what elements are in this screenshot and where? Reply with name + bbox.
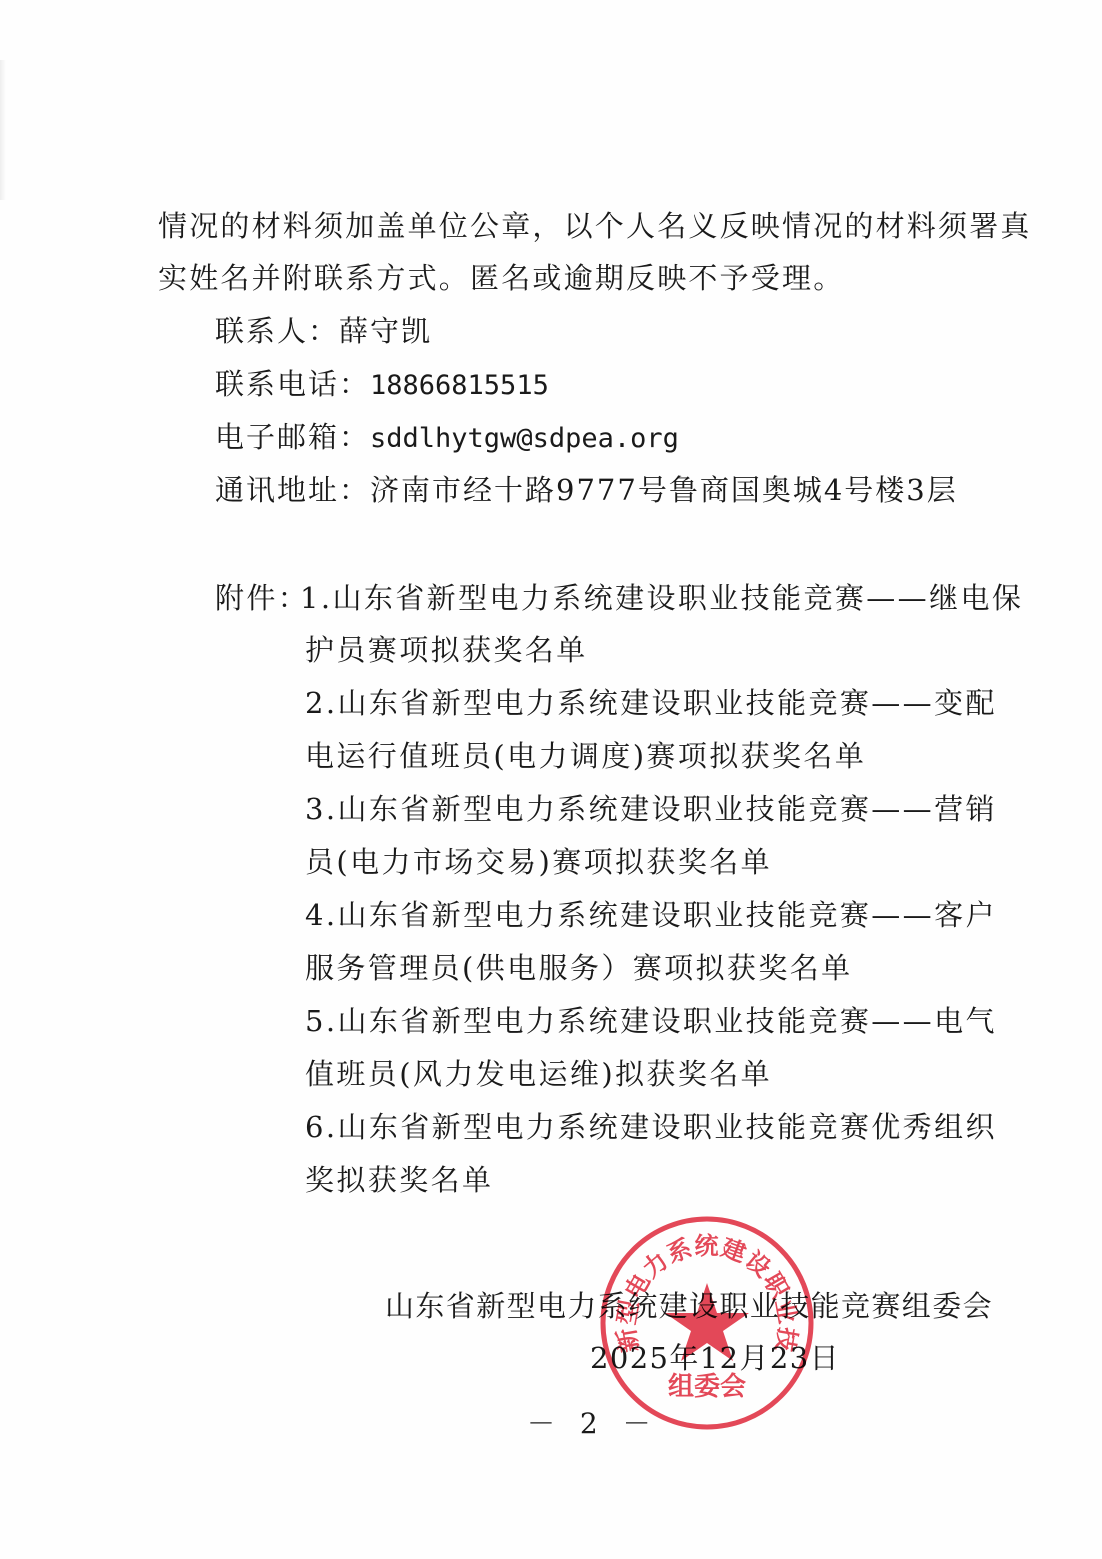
contact-address-value: 济南市经十路9777号鲁商国奥城4号楼3层 (370, 473, 958, 507)
attachment-item-5-line1: 5.山东省新型电力系统建设职业技能竞赛——电气 (305, 1003, 997, 1039)
body-line: 情况的材料须加盖单位公章，以个人名义反映情况的材料须署真 (158, 208, 1032, 244)
attachment-item-3-line2: 员(电力市场交易)赛项拟获奖名单 (305, 844, 772, 880)
attachment-item-4-line1: 4.山东省新型电力系统建设职业技能竞赛——客户 (305, 897, 997, 933)
contact-address-label: 通讯地址： (215, 473, 370, 507)
contact-email-label: 电子邮箱： (215, 420, 370, 454)
attachments-label: 附件： (215, 580, 309, 616)
attachment-item-3-line1: 3.山东省新型电力系统建设职业技能竞赛——营销 (305, 791, 997, 827)
attachment-item-1-line1: 1.山东省新型电力系统建设职业技能竞赛——继电保 (300, 580, 1023, 616)
contact-phone-value: 18866815515 (370, 370, 549, 401)
document-page: 情况的材料须加盖单位公章，以个人名义反映情况的材料须署真 实姓名并附联系方式。匿… (0, 0, 1102, 1559)
attachment-item-6-line2: 奖拟获奖名单 (305, 1162, 493, 1198)
contact-email-value: sddlhytgw@sdpea.org (370, 423, 679, 454)
contact-email: 电子邮箱：sddlhytgw@sdpea.org (215, 419, 679, 457)
page-number: － 2 － (527, 1402, 659, 1442)
contact-person-value: 薛守凯 (339, 314, 432, 348)
attachment-item-4-line2: 服务管理员(供电服务）赛项拟获奖名单 (305, 950, 853, 986)
contact-phone-label: 联系电话： (215, 367, 370, 401)
seal-center-text: 组委会 (668, 1372, 746, 1402)
body-line: 实姓名并附联系方式。匿名或逾期反映不予受理。 (158, 260, 844, 296)
contact-person-label: 联系人： (215, 314, 339, 348)
attachment-item-2-line2: 电运行值班员(电力调度)赛项拟获奖名单 (305, 738, 866, 774)
attachment-item-6-line1: 6.山东省新型电力系统建设职业技能竞赛优秀组织 (305, 1109, 997, 1145)
official-seal-icon: 山东省新型电力系统建设职业技能竞赛 组委会 (597, 1213, 817, 1433)
contact-phone: 联系电话：18866815515 (215, 366, 549, 404)
contact-person: 联系人：薛守凯 (215, 313, 432, 349)
scan-edge-shadow (0, 60, 6, 200)
contact-address: 通讯地址：济南市经十路9777号鲁商国奥城4号楼3层 (215, 472, 958, 508)
attachment-item-5-line2: 值班员(风力发电运维)拟获奖名单 (305, 1056, 772, 1092)
attachment-item-2-line1: 2.山东省新型电力系统建设职业技能竞赛——变配 (305, 685, 997, 721)
attachment-item-1-line2: 护员赛项拟获奖名单 (305, 632, 588, 668)
